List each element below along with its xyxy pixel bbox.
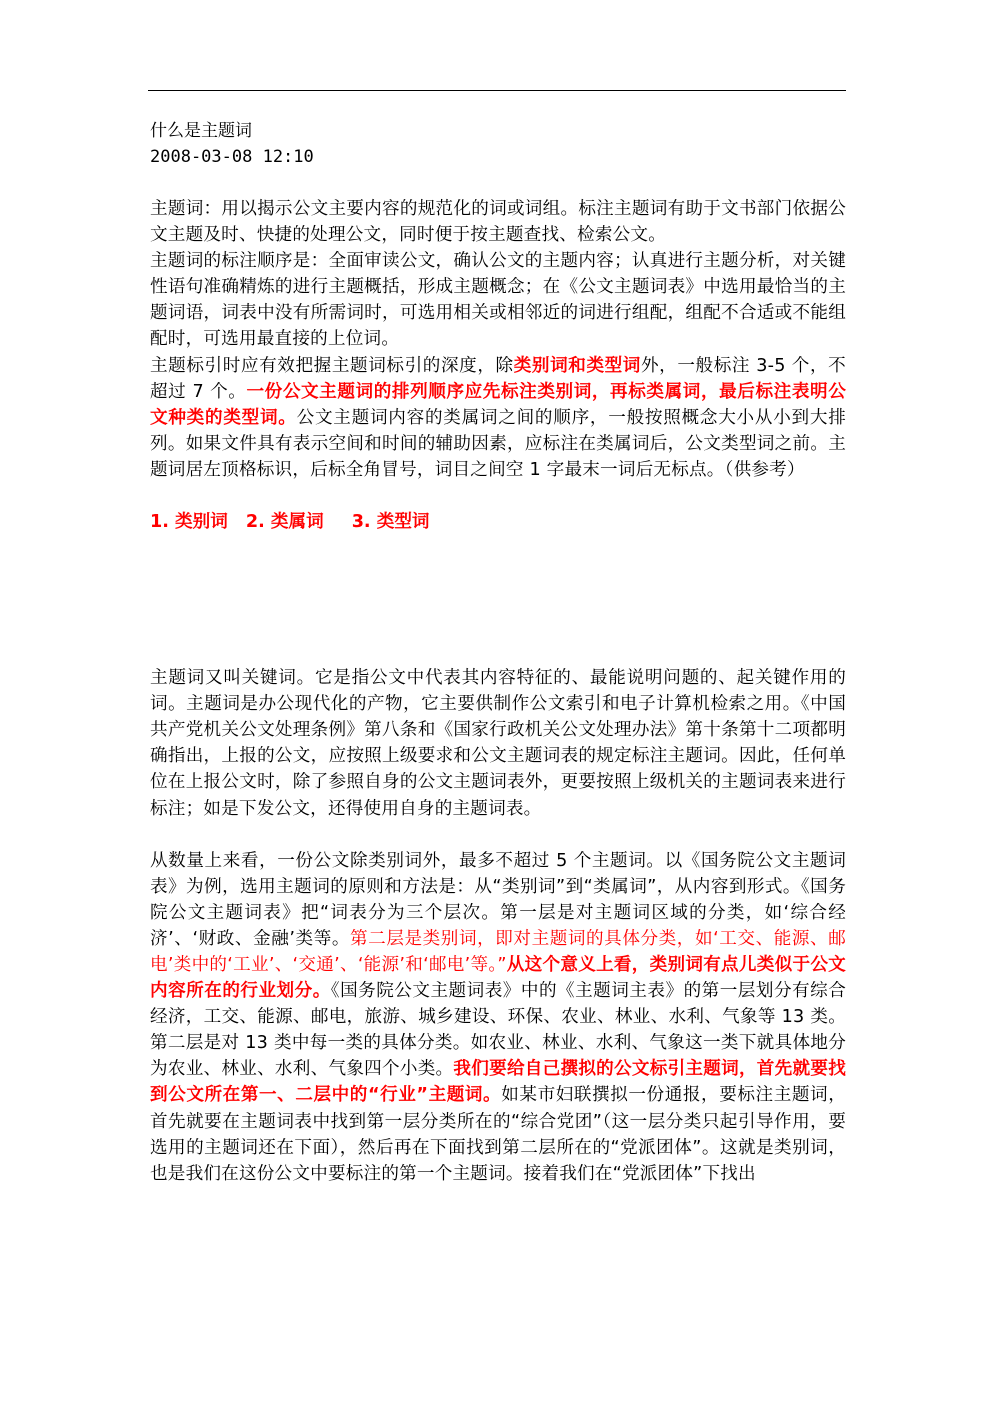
spacer [150, 535, 846, 665]
highlight-text: 类别词和类型词 [514, 356, 641, 376]
document-body: 什么是主题词 2008-03-08 12:10 主题词：用以揭示公文主要内容的规… [150, 118, 846, 1187]
article-date: 2008-03-08 12:10 [150, 144, 846, 170]
spacer [150, 483, 846, 509]
category-item: 2. 类属词 [246, 512, 324, 532]
paragraph-definition: 主题词：用以揭示公文主要内容的规范化的词或词组。标注主题词有助于文书部门依据公文… [150, 196, 846, 248]
paragraph-depth: 主题标引时应有效把握主题词标引的深度，除类别词和类型词外，一般标注 3-5 个，… [150, 353, 846, 483]
text: 主题标引时应有效把握主题词标引的深度，除 [150, 356, 514, 376]
paragraph-quantity: 从数量上来看，一份公文除类别词外，最多不超过 5 个主题词。以《国务院公文主题词… [150, 848, 846, 1187]
category-list: 1. 类别词2. 类属词3. 类型词 [150, 509, 846, 535]
paragraph-order: 主题词的标注顺序是：全面审读公文，确认公文的主题内容；认真进行主题分析，对关键性… [150, 248, 846, 352]
header-divider [148, 90, 846, 91]
article-title: 什么是主题词 [150, 118, 846, 144]
paragraph-keywords: 主题词又叫关键词。它是指公文中代表其内容特征的、最能说明问题的、起关键作用的词。… [150, 665, 846, 822]
spacer [150, 822, 846, 848]
category-item: 1. 类别词 [150, 512, 228, 532]
category-item: 3. 类型词 [352, 512, 430, 532]
spacer [150, 170, 846, 196]
